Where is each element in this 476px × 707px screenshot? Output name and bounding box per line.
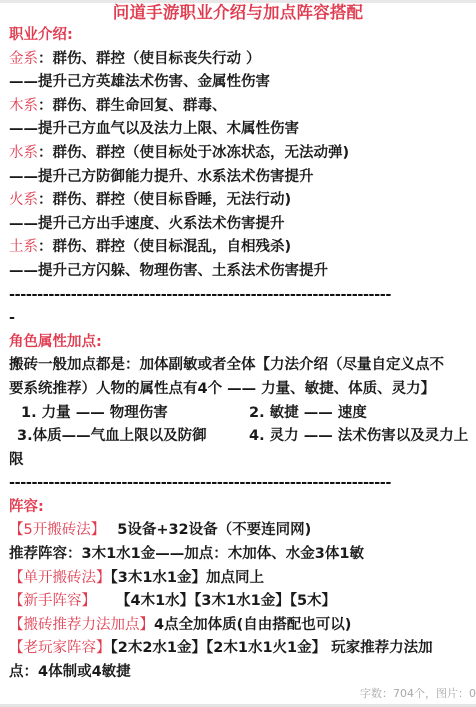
profession-effect: ——提升己方出手速度、火系法术伤害提升 (9, 213, 473, 237)
lineup-newbie: 【新手阵容】【4木1水】【3木1水1金】【5木】 (9, 590, 473, 614)
divider-line: ----------------------------------------… (9, 284, 475, 308)
profession-water: 水系：群伤、群控（使目标处于冰冻状态，无法动弹) (9, 142, 473, 166)
profession-skills: ：群伤、群控（使目标混乱，自相残杀) (38, 239, 291, 255)
document-body: 问道手游职业介绍与加点阵容搭配 职业介绍: 金系：群伤、群控（使目标丧失行动 ）… (9, 2, 473, 685)
stat-spirit-wrap: 限 (9, 449, 473, 473)
lineup-tag: 【新手阵容】 (9, 593, 96, 609)
lineup-veteran-wrap: 点：4体制或4敏捷 (9, 661, 473, 685)
attributes-heading: 角色属性加点: (9, 331, 473, 355)
profession-effect: ——提升己方防御能力提升、水系法术伤害提升 (9, 166, 473, 190)
professions-heading: 职业介绍: (9, 24, 473, 48)
profession-wood: 木系：群伤、群生命回复、群毒、 (9, 95, 473, 119)
attributes-stats-row-2: 3.体质——气血上限以及防御4. 灵力 —— 法术伤害以及灵力上 (9, 425, 473, 449)
profession-skills: ：群伤、群控（使目标处于冰冻状态，无法动弹) (38, 145, 349, 161)
lineup-tag: 【老玩家阵容】 (9, 640, 111, 656)
stat-agility: 2. 敏捷 —— 速度 (249, 405, 367, 421)
attributes-intro-line-1: 搬砖一般加点都是：加体副敏或者全体【力法介绍（尽量自定义点不 (9, 354, 473, 378)
lineup-points: 【搬砖推荐力法加点】4点全加体质(自由搭配也可以) (9, 614, 473, 638)
stat-label: 3.体质——气血上限以及防御 (17, 428, 207, 444)
page-title: 问道手游职业介绍与加点阵容搭配 (0, 2, 476, 24)
lineup-recommended: 推荐阵容：3木1水1金——加点：木加体、水金3体1敏 (9, 543, 473, 567)
profession-name: 木系 (9, 98, 38, 114)
lineup-text: 【3木1水1金】加点同上 (111, 570, 265, 586)
profession-skills: ：群伤、群控（使目标昏睡，无法行动) (38, 192, 291, 208)
profession-name: 金系 (9, 51, 38, 67)
stat-constitution: 3.体质——气血上限以及防御 (17, 425, 249, 449)
stat-spirit: 4. 灵力 —— 法术伤害以及灵力上 (249, 428, 468, 444)
divider-tail: - (9, 307, 473, 331)
lineup-text: 4点全加体质(自由搭配也可以) (154, 617, 351, 633)
profession-skills: ：群伤、群生命回复、群毒、 (38, 98, 227, 114)
lineup-tag: 【5开搬砖法】 (9, 522, 105, 538)
profession-fire: 火系：群伤、群控（使目标昏睡，无法行动) (9, 189, 473, 213)
word-count-status: 字数：704个，图片：0 (354, 685, 476, 701)
stat-label: 1. 力量 —— 物理伤害 (21, 405, 168, 421)
attributes-stats-row-1: 1. 力量 —— 物理伤害2. 敏捷 —— 速度 (9, 402, 473, 426)
profession-name: 土系 (9, 239, 38, 255)
stat-strength: 1. 力量 —— 物理伤害 (21, 402, 249, 426)
lineup-text: 【2木2水1金】【2木1水1火1金】 玩家推荐力法加 (111, 640, 433, 656)
divider-line: ----------------------------------------… (9, 472, 475, 496)
profession-effect: ——提升己方闪躲、物理伤害、土系法术伤害提升 (9, 260, 473, 284)
lineup-text: 【4木1水】【3木1水1金】【5木】 (116, 593, 336, 609)
profession-name: 水系 (9, 145, 38, 161)
attributes-intro-line-2: 要系统推荐）人物的属性点有4个 —— 力量、敏捷、体质、灵力】 (9, 378, 473, 402)
profession-effect: ——提升己方血气以及法力上限、木属性伤害 (9, 118, 473, 142)
profession-skills: ：群伤、群控（使目标丧失行动 ） (38, 51, 261, 67)
profession-effect: ——提升己方英雄法术伤害、金属性伤害 (9, 71, 473, 95)
profession-gold: 金系：群伤、群控（使目标丧失行动 ） (9, 48, 473, 72)
lineup-text: 5设备+32设备（不要连同网) (117, 522, 311, 538)
lineup-veteran: 【老玩家阵容】【2木2水1金】【2木1水1火1金】 玩家推荐力法加 (9, 637, 473, 661)
lineup-text: 推荐阵容：3木1水1金——加点：木加体、水金3体1敏 (9, 546, 364, 562)
lineup-tag: 【单开搬砖法】 (9, 570, 111, 586)
profession-name: 火系 (9, 192, 38, 208)
profession-earth: 土系：群伤、群控（使目标混乱，自相残杀) (9, 236, 473, 260)
lineup-single-account: 【单开搬砖法】【3木1水1金】加点同上 (9, 567, 473, 591)
lineup-5-account: 【5开搬砖法】5设备+32设备（不要连同网) (9, 519, 473, 543)
lineup-tag: 【搬砖推荐力法加点】 (9, 617, 154, 633)
lineups-heading: 阵容: (9, 496, 473, 520)
